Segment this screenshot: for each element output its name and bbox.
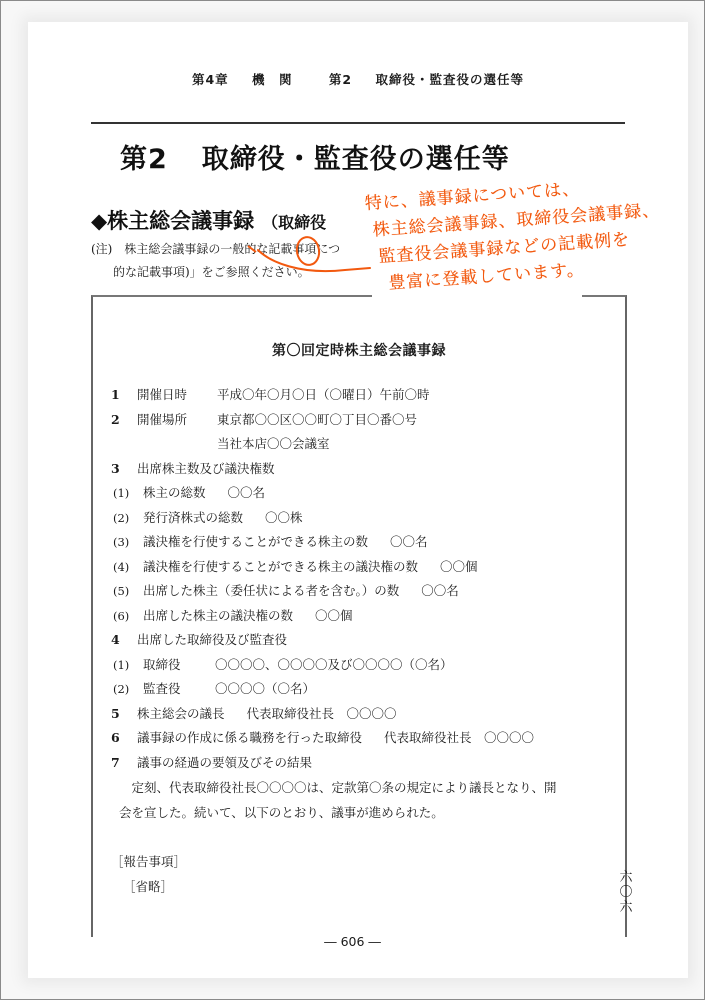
- item-number: 7: [111, 751, 137, 776]
- proceedings-paragraph: 定刻、代表取締役社長〇〇〇〇は、定款第〇条の規定により議長となり、開 会を宣した…: [111, 775, 619, 825]
- running-head-chapter: 第4章: [192, 72, 229, 87]
- sub-value: 〇〇名: [228, 481, 266, 506]
- item-label: 開催日時: [137, 383, 217, 408]
- sub-value: 〇〇名: [390, 530, 428, 555]
- item-number: 4: [111, 628, 137, 653]
- section-title: 取締役・監査役の選任等: [202, 144, 510, 175]
- item-number: 5: [111, 702, 137, 727]
- item-2-continued: 当社本店〇〇会議室: [111, 432, 611, 457]
- sub-number: (1): [111, 481, 143, 506]
- item-6: 6議事録の作成に係る職務を行った取締役代表取締役社長 〇〇〇〇: [111, 726, 611, 751]
- item-3-4: (4)議決権を行使することができる株主の議決権の数〇〇個: [111, 555, 611, 580]
- sub-number: (4): [111, 555, 143, 580]
- note-line-2: 的な記載事項)」をご参照ください。: [91, 261, 361, 284]
- item-number: 3: [111, 457, 137, 482]
- subsection-title: 株主総会議事録: [107, 209, 254, 233]
- running-head: 第4章 機 関 第2 取締役・監査役の選任等: [28, 70, 688, 88]
- item-label: 開催場所: [137, 408, 217, 433]
- sub-value: 〇〇〇〇（〇名）: [215, 677, 315, 702]
- sub-value: 〇〇株: [265, 506, 303, 531]
- report-body: ［省略］: [123, 877, 173, 895]
- sub-label: 監査役: [143, 677, 215, 702]
- sub-label: 出席した株主（委任状による者を含む。）の数: [143, 579, 399, 604]
- item-number: 1: [111, 383, 137, 408]
- sub-value: 〇〇個: [440, 555, 478, 580]
- item-7: 7議事の経過の要領及びその結果: [111, 751, 611, 776]
- item-label: 出席した取締役及び監査役: [137, 628, 287, 653]
- sub-label: 議決権を行使することができる株主の議決権の数: [143, 555, 418, 580]
- footer-page-number: ― 606 ―: [0, 934, 705, 949]
- section-number: 第2: [120, 144, 168, 175]
- paragraph-line-2: 会を宣した。続いて、以下のとおり、議事が進められた。: [119, 800, 619, 825]
- sub-label: 出席した株主の議決権の数: [143, 604, 293, 629]
- item-value: 代表取締役社長 〇〇〇〇: [384, 726, 534, 751]
- item-label: 出席株主数及び議決権数: [137, 457, 275, 482]
- sub-label: 発行済株式の総数: [143, 506, 243, 531]
- side-digit: 六: [618, 900, 634, 915]
- note-line-1: 株主総会議事録の一般的な記載事項につ: [124, 242, 340, 256]
- document-page: 第4章 機 関 第2 取締役・監査役の選任等 第2取締役・監査役の選任等 ◆株主…: [28, 22, 688, 978]
- item-value: 当社本店〇〇会議室: [217, 432, 330, 457]
- item-4-1: (1)取締役〇〇〇〇、〇〇〇〇及び〇〇〇〇（〇名）: [111, 653, 611, 678]
- sub-number: (1): [111, 653, 143, 678]
- item-label: 株主総会の議長: [137, 702, 225, 727]
- side-page-number: 六 〇 六: [618, 870, 634, 915]
- item-3-5: (5)出席した株主（委任状による者を含む。）の数〇〇名: [111, 579, 611, 604]
- item-number: 6: [111, 726, 137, 751]
- paragraph-line-1: 定刻、代表取締役社長〇〇〇〇は、定款第〇条の規定により議長となり、開: [119, 775, 619, 800]
- item-1: 1開催日時平成〇年〇月〇日（〇曜日）午前〇時: [111, 383, 611, 408]
- sub-value: 〇〇個: [315, 604, 353, 629]
- note-label: (注): [91, 242, 112, 256]
- side-digit: 〇: [618, 885, 634, 900]
- minutes-sample-box: 第〇回定時株主総会議事録 1開催日時平成〇年〇月〇日（〇曜日）午前〇時 2開催場…: [91, 295, 627, 937]
- item-3: 3出席株主数及び議決権数: [111, 457, 611, 482]
- sub-number: (5): [111, 579, 143, 604]
- section-heading: 第2取締役・監査役の選任等: [120, 137, 510, 176]
- item-value: 東京都〇〇区〇〇町〇丁目〇番〇号: [217, 408, 417, 433]
- header-rule: [91, 122, 625, 124]
- side-digit: 六: [618, 870, 634, 885]
- item-value: 代表取締役社長 〇〇〇〇: [247, 702, 397, 727]
- diamond-icon: ◆: [91, 209, 107, 233]
- item-4-2: (2)監査役〇〇〇〇（〇名）: [111, 677, 611, 702]
- sub-value: 〇〇〇〇、〇〇〇〇及び〇〇〇〇（〇名）: [215, 653, 453, 678]
- running-head-section-title: 取締役・監査役の選任等: [375, 72, 524, 87]
- subsection-heading: ◆株主総会議事録（取締役: [91, 205, 326, 235]
- sub-label: 議決権を行使することができる株主の数: [143, 530, 368, 555]
- item-label: 議事録の作成に係る職務を行った取締役: [137, 726, 362, 751]
- item-3-1: (1)株主の総数〇〇名: [111, 481, 611, 506]
- item-4: 4出席した取締役及び監査役: [111, 628, 611, 653]
- subsection-paren: （取締役: [262, 213, 326, 232]
- sub-number: (2): [111, 677, 143, 702]
- item-2: 2開催場所東京都〇〇区〇〇町〇丁目〇番〇号: [111, 408, 611, 433]
- minutes-items: 1開催日時平成〇年〇月〇日（〇曜日）午前〇時 2開催場所東京都〇〇区〇〇町〇丁目…: [111, 383, 611, 825]
- item-5: 5株主総会の議長代表取締役社長 〇〇〇〇: [111, 702, 611, 727]
- sub-number: (6): [111, 604, 143, 629]
- running-head-chapter-title: 機 関: [252, 72, 293, 87]
- item-3-3: (3)議決権を行使することができる株主の数〇〇名: [111, 530, 611, 555]
- item-value: 平成〇年〇月〇日（〇曜日）午前〇時: [217, 383, 430, 408]
- minutes-title: 第〇回定時株主総会議事録: [93, 340, 625, 360]
- sub-value: 〇〇名: [421, 579, 459, 604]
- sub-label: 株主の総数: [143, 481, 206, 506]
- item-3-2: (2)発行済株式の総数〇〇株: [111, 506, 611, 531]
- sub-number: (3): [111, 530, 143, 555]
- report-heading: ［報告事項］: [111, 852, 186, 870]
- running-head-section: 第2: [329, 72, 352, 87]
- sub-label: 取締役: [143, 653, 215, 678]
- item-3-6: (6)出席した株主の議決権の数〇〇個: [111, 604, 611, 629]
- item-number: 2: [111, 408, 137, 433]
- sub-number: (2): [111, 506, 143, 531]
- item-label: 議事の経過の要領及びその結果: [137, 751, 312, 776]
- note: (注)株主総会議事録の一般的な記載事項につ 的な記載事項)」をご参照ください。: [91, 238, 361, 284]
